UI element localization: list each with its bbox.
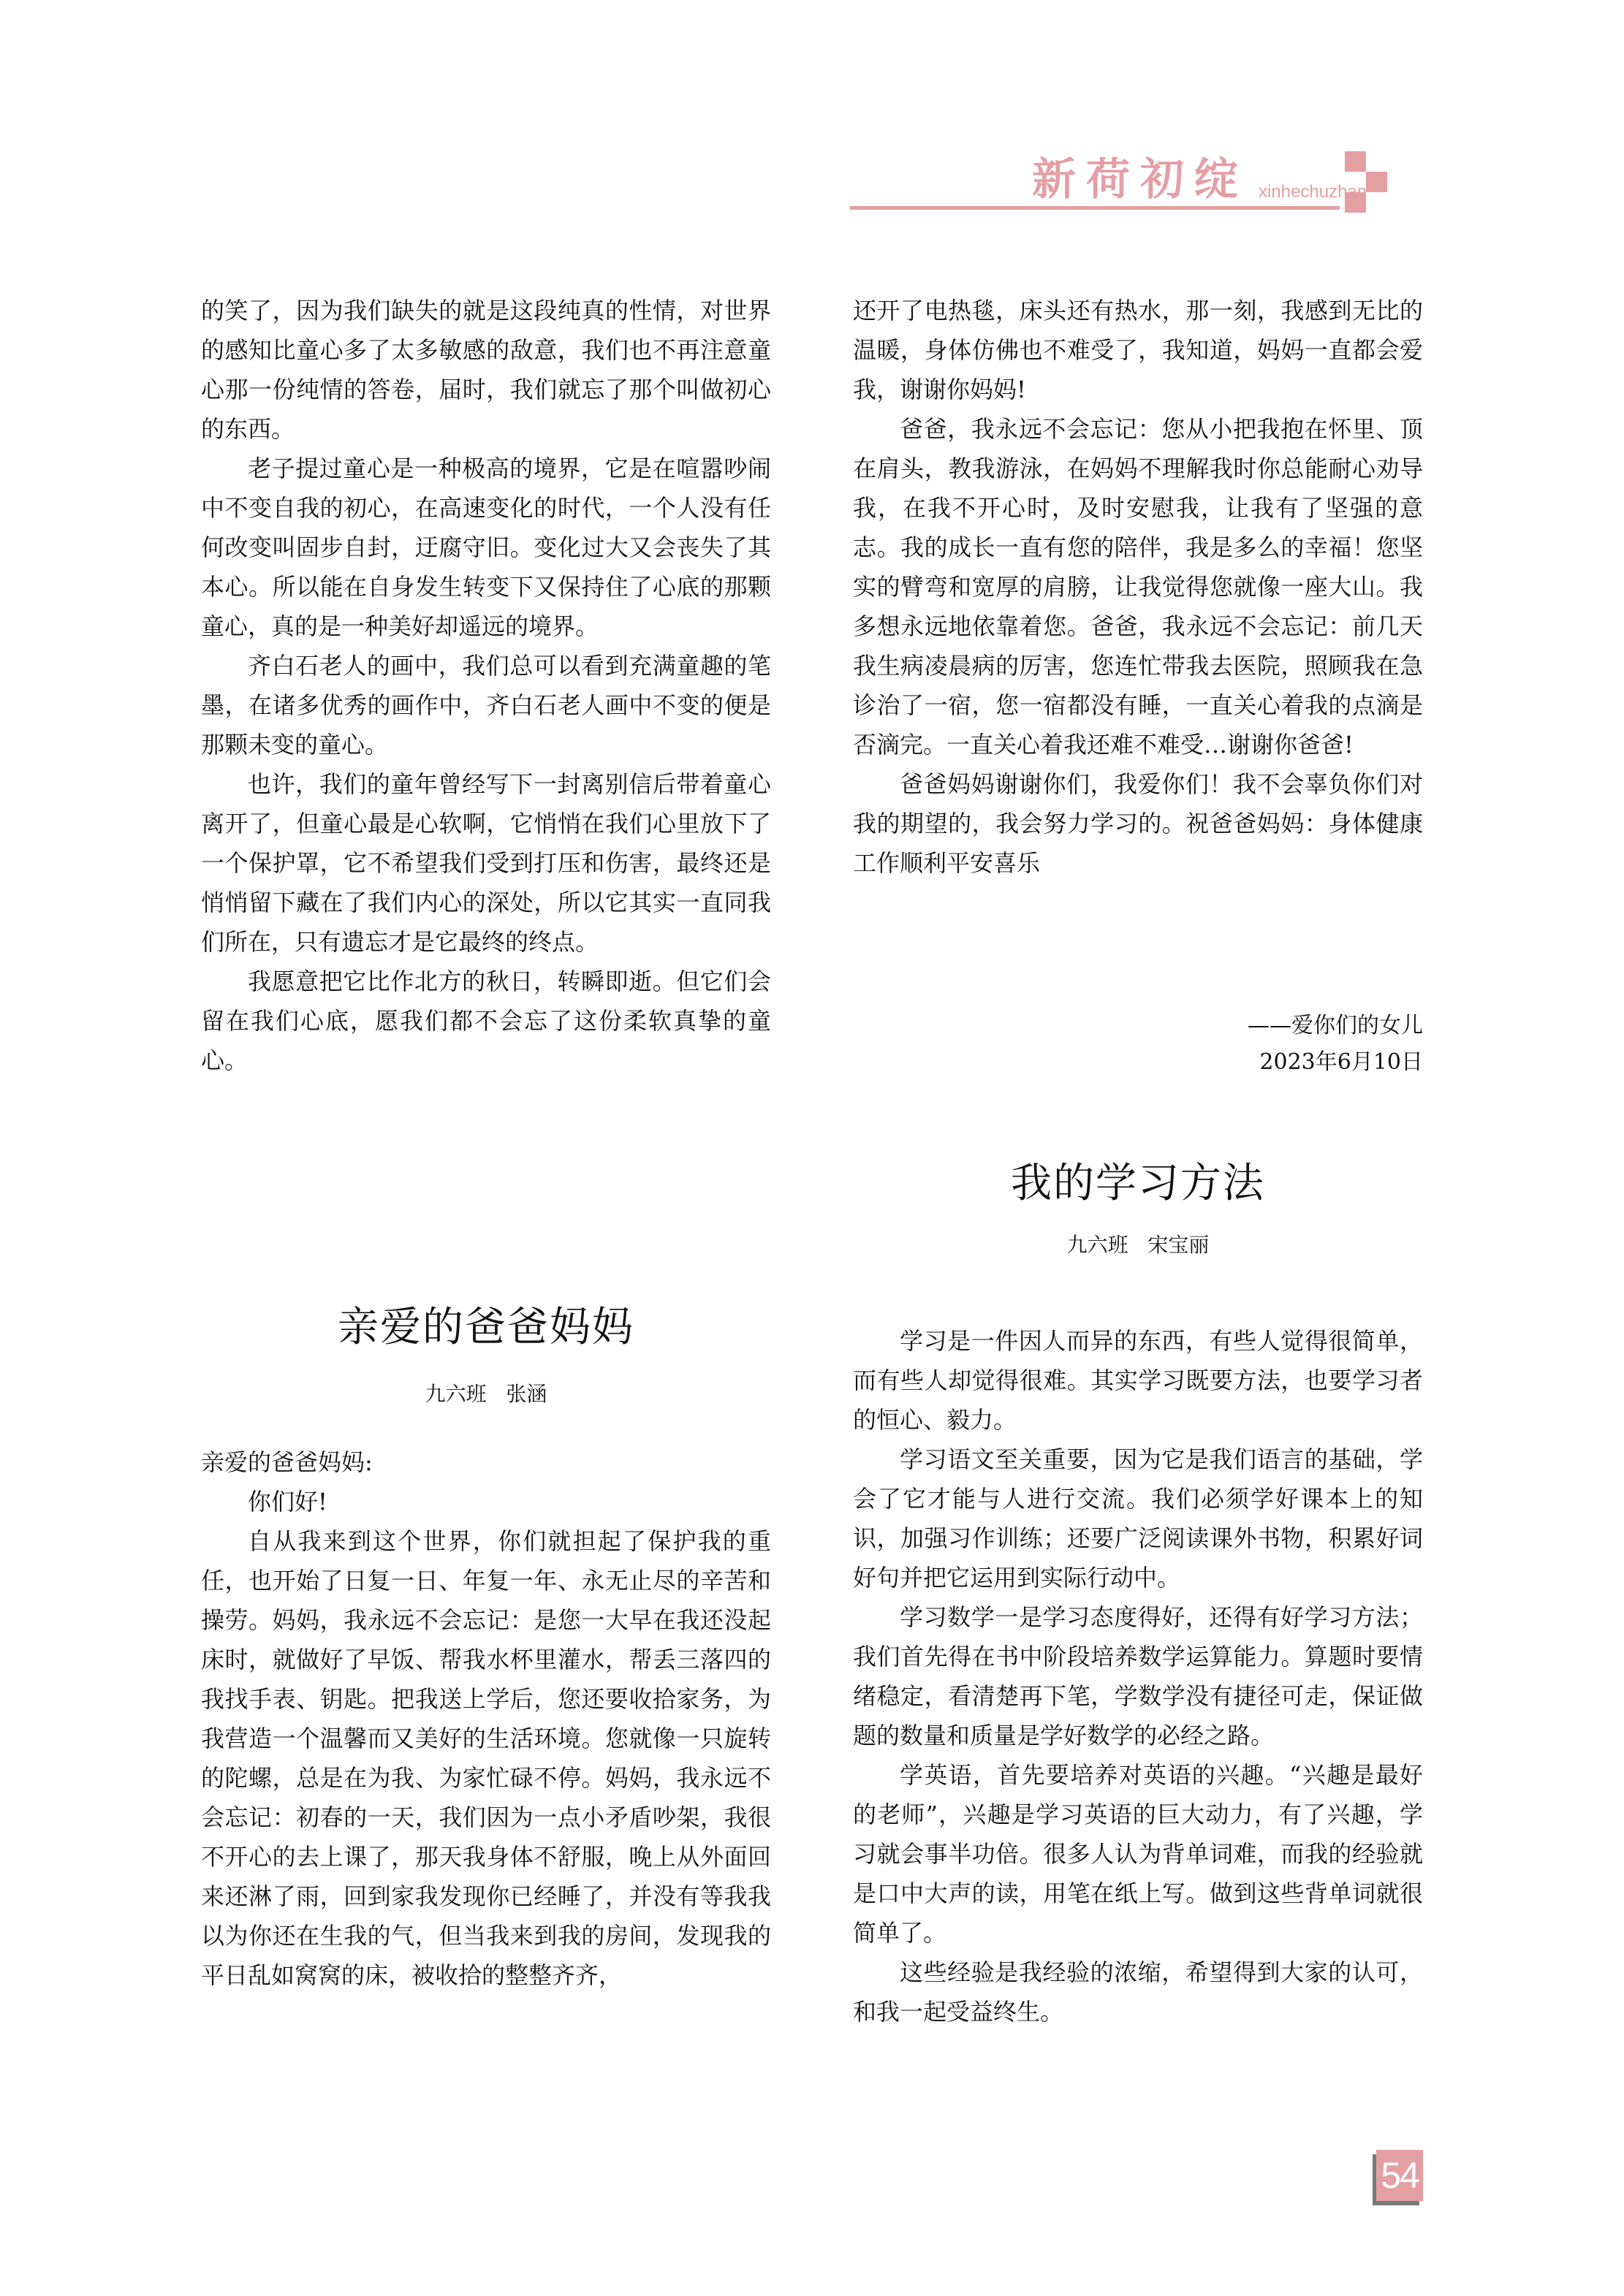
greeting: 你们好! — [201, 1482, 771, 1521]
section-title: 新荷初绽 — [1032, 151, 1248, 209]
article-body: 学习是一件因人而异的东西，有些人觉得很简单，而有些人却觉得很难。其实学习既要方法… — [853, 1321, 1423, 2031]
paragraph: 学习是一件因人而异的东西，有些人觉得很简单，而有些人却觉得很难。其实学习既要方法… — [853, 1321, 1423, 1440]
letter-body-right: 还开了电热毯，床头还有热水，那一刻，我感到无比的温暖，身体仿佛也不难受了，我知道… — [853, 291, 1423, 883]
paragraph: 爸爸，我永远不会忘记：您从小把我抱在怀里、顶在肩头，教我游泳，在妈妈不理解我时你… — [853, 409, 1423, 764]
paragraph: 爸爸妈妈谢谢你们，我爱你们！我不会辜负你们对我的期望的，我会努力学习的。祝爸爸妈… — [853, 764, 1423, 883]
article-title: 亲爱的爸爸妈妈 — [201, 1302, 771, 1353]
salutation: 亲爱的爸爸妈妈: — [201, 1442, 771, 1482]
paragraph: 学英语，首先要培养对英语的兴趣。“兴趣是最好的老师”，兴趣是学习英语的巨大动力，… — [853, 1755, 1423, 1953]
page-number: 54 — [1376, 2150, 1423, 2201]
paragraph: 我愿意把它比作北方的秋日，转瞬即逝。但它们会留在我们心底，愿我们都不会忘了这份柔… — [201, 962, 771, 1080]
article-byline: 九六班 宋宝丽 — [853, 1232, 1423, 1258]
header-divider — [850, 206, 1340, 210]
letter-body-left: 亲爱的爸爸妈妈: 你们好! 自从我来到这个世界，你们就担起了保护我的重任，也开始… — [201, 1442, 771, 1995]
article-title: 我的学习方法 — [853, 1158, 1423, 1209]
paragraph: 的笑了，因为我们缺失的就是这段纯真的性情，对世界的感知比童心多了太多敏感的敌意，… — [201, 291, 771, 449]
article-byline: 九六班 张涵 — [201, 1381, 771, 1407]
paragraph: 齐白石老人的画中，我们总可以看到充满童趣的笔墨，在诸多优秀的画作中，齐白石老人画… — [201, 646, 771, 764]
paragraph: 这些经验是我经验的浓缩，希望得到大家的认可，和我一起受益终生。 — [853, 1953, 1423, 2031]
paragraph: 也许，我们的童年曾经写下一封离别信后带着童心离开了，但童心最是心软啊，它悄悄在我… — [201, 764, 771, 962]
paragraph: 自从我来到这个世界，你们就担起了保护我的重任，也开始了日复一日、年复一年、永无止… — [201, 1521, 771, 1995]
letter-signature: ——爱你们的女儿 — [853, 1008, 1423, 1044]
letter-date: 2023年6月10日 — [853, 1045, 1423, 1080]
paragraph: 老子提过童心是一种极高的境界，它是在喧嚣吵闹中不变自我的初心，在高速变化的时代，… — [201, 449, 771, 646]
paragraph: 还开了电热毯，床头还有热水，那一刻，我感到无比的温暖，身体仿佛也不难受了，我知道… — [853, 291, 1423, 409]
continued-essay: 的笑了，因为我们缺失的就是这段纯真的性情，对世界的感知比童心多了太多敏感的敌意，… — [201, 291, 771, 1080]
paragraph: 学习数学一是学习态度得好，还得有好学习方法；我们首先得在书中阶段培养数学运算能力… — [853, 1597, 1423, 1755]
paragraph: 学习语文至关重要，因为它是我们语言的基础，学会了它才能与人进行交流。我们必须学好… — [853, 1440, 1423, 1597]
